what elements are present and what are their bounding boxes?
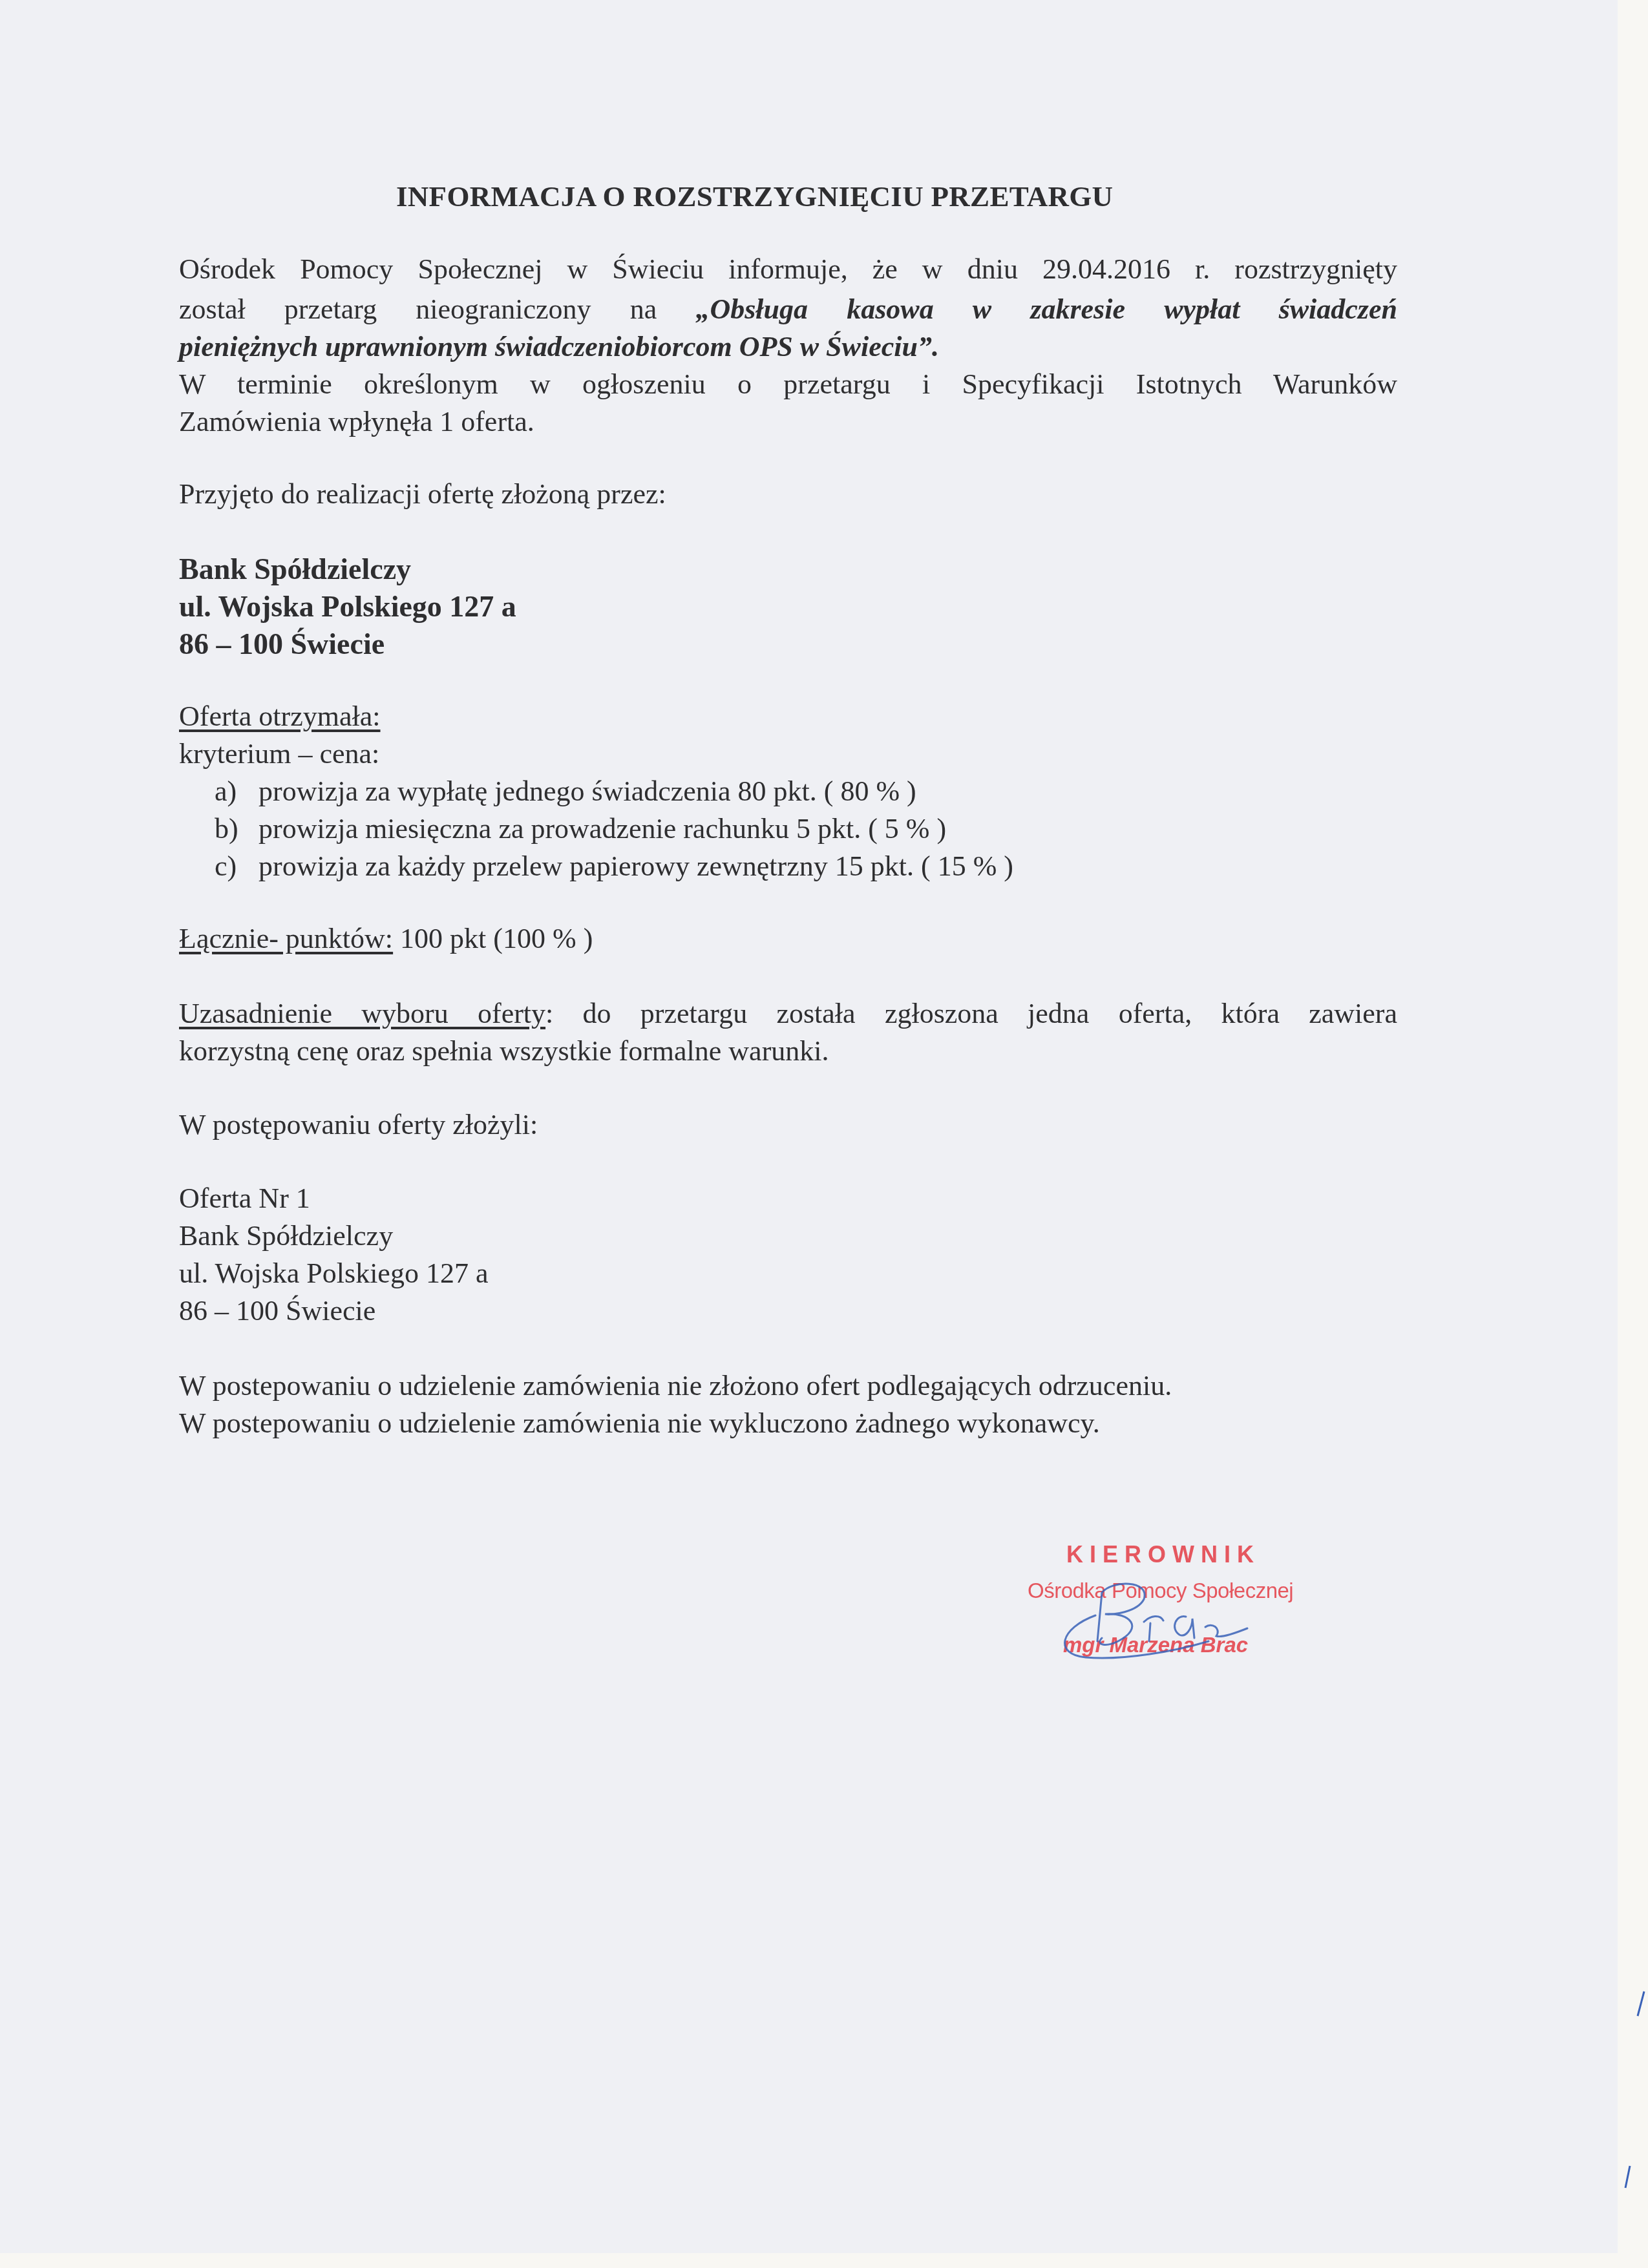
handwritten-signature [1047, 1577, 1260, 1661]
scan-edge-right [1618, 0, 1648, 2268]
score-item-text: prowizja miesięczna za prowadzenie rachu… [259, 813, 946, 845]
score-item-text: prowizja za wypłatę jednego świadczenia … [259, 775, 916, 807]
total-label: Łącznie- punktów: [179, 923, 393, 954]
stamp-title: KIEROWNIK [1066, 1541, 1260, 1568]
list-marker: a) [179, 773, 259, 810]
list-marker: c) [179, 848, 259, 885]
intro-line-2-prefix: został przetarg nieograniczony na [179, 293, 695, 325]
justification-label: Uzasadnienie wyboru oferty [179, 998, 545, 1029]
closing-line-1: W postepowaniu o udzielenie zamówienia n… [179, 1367, 1172, 1405]
closing-line-2: W postepowaniu o udzielenie zamówienia n… [179, 1405, 1100, 1442]
bidders-label: W postępowaniu oferty złożyli: [179, 1106, 538, 1144]
scan-edge-bottom [0, 2253, 1648, 2268]
bidder-name: Bank Spółdzielczy [179, 1217, 393, 1255]
score-item-text: prowizja za każdy przelew papierowy zewn… [259, 850, 1013, 882]
intro-line-5: Zamówienia wpłynęła 1 oferta. [179, 403, 534, 441]
pen-mark [1622, 2165, 1635, 2197]
tender-subject-part-2: pieniężnych uprawnionym świadczeniobiorc… [179, 328, 939, 366]
intro-line-2: został przetarg nieograniczony na „Obsłu… [179, 291, 1397, 328]
score-item-b: b)prowizja miesięczna za prowadzenie rac… [179, 810, 946, 848]
score-item-a: a)prowizja za wypłatę jednego świadczeni… [179, 773, 916, 810]
justification-line-2: korzystną cenę oraz spełnia wszystkie fo… [179, 1033, 829, 1070]
winner-street: ul. Wojska Polskiego 127 a [179, 588, 516, 625]
justification-line-1: Uzasadnienie wyboru oferty: do przetargu… [179, 995, 1397, 1033]
total-points: Łącznie- punktów: 100 pkt (100 % ) [179, 920, 593, 958]
total-value: 100 pkt (100 % ) [393, 923, 593, 954]
list-marker: b) [179, 810, 259, 848]
pen-mark [1635, 1990, 1648, 2029]
document-title: INFORMACJA O ROZSTRZYGNIĘCIU PRZETARGU [396, 180, 1113, 213]
score-heading: Oferta otrzymała: [179, 698, 381, 735]
intro-line-1: Ośrodek Pomocy Społecznej w Świeciu info… [179, 251, 1397, 288]
winner-city: 86 – 100 Świecie [179, 625, 385, 663]
score-item-c: c)prowizja za każdy przelew papierowy ze… [179, 848, 1013, 885]
bidder-street: ul. Wojska Polskiego 127 a [179, 1255, 488, 1292]
justification-text: : do przetargu została zgłoszona jedna o… [545, 998, 1397, 1029]
accepted-label: Przyjęto do realizacji ofertę złożoną pr… [179, 476, 666, 513]
criterion-label: kryterium – cena: [179, 735, 379, 773]
bidder-number: Oferta Nr 1 [179, 1180, 310, 1217]
tender-subject-part-1: „Obsługa kasowa w zakresie wypłat świadc… [695, 293, 1397, 325]
intro-line-4: W terminie określonym w ogłoszeniu o prz… [179, 366, 1397, 403]
winner-name: Bank Spółdzielczy [179, 551, 411, 588]
bidder-city: 86 – 100 Świecie [179, 1292, 375, 1330]
